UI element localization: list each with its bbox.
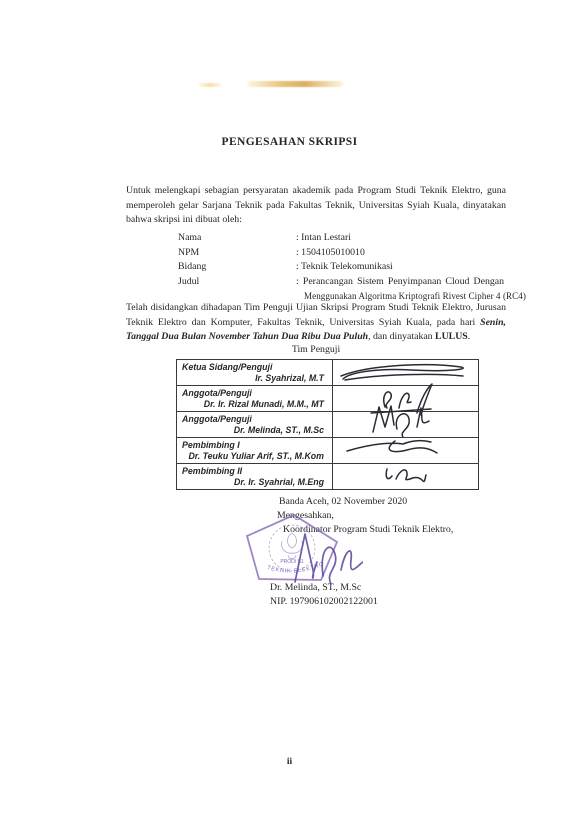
table-row: Ketua Sidang/Penguji Ir. Syahrizal, M.T bbox=[177, 360, 479, 386]
signature-cell bbox=[333, 386, 479, 412]
examiner-role: Pembimbing I bbox=[177, 438, 332, 451]
table-row: Anggota/Penguji Dr. Melinda, ST., M.Sc bbox=[177, 412, 479, 438]
field-label: Judul bbox=[178, 275, 296, 304]
defense-result: LULUS bbox=[435, 331, 468, 342]
field-label: Bidang bbox=[178, 260, 296, 275]
examiner-name: Dr. Ir. Rizal Munadi, M.M., MT bbox=[177, 399, 332, 411]
signature-cell bbox=[333, 438, 479, 464]
field-row-nama: Nama : Intan Lestari bbox=[178, 231, 506, 246]
document-page: PENGESAHAN SKRIPSI Untuk melengkapi seba… bbox=[0, 0, 579, 819]
table-row: Pembimbing I Dr. Teuku Yuliar Arif, ST.,… bbox=[177, 438, 479, 464]
field-label: Nama bbox=[178, 231, 296, 246]
examiner-role: Anggota/Penguji bbox=[177, 412, 332, 425]
table-row: Pembimbing II Dr. Ir. Syahrial, M.Eng bbox=[177, 464, 479, 490]
signature-4-scribble-icon bbox=[333, 438, 478, 462]
examiner-cell: Pembimbing II Dr. Ir. Syahrial, M.Eng bbox=[177, 464, 333, 490]
examiner-cell: Anggota/Penguji Dr. Ir. Rizal Munadi, M.… bbox=[177, 386, 333, 412]
defense-text: . bbox=[468, 331, 470, 342]
signature-cell bbox=[333, 464, 479, 490]
field-label: NPM bbox=[178, 246, 296, 261]
signature-cell bbox=[333, 360, 479, 386]
examiner-role: Pembimbing II bbox=[177, 464, 332, 477]
field-row-npm: NPM : 1504105010010 bbox=[178, 246, 506, 261]
defense-text: , dan dinyatakan bbox=[368, 331, 435, 342]
signature-5-scribble-icon bbox=[333, 464, 478, 488]
signature-cell bbox=[333, 412, 479, 438]
page-title: PENGESAHAN SKRIPSI bbox=[0, 136, 579, 148]
examiner-cell: Ketua Sidang/Penguji Ir. Syahrizal, M.T bbox=[177, 360, 333, 386]
examiner-role: Anggota/Penguji bbox=[177, 386, 332, 399]
signature-2-scribble-icon bbox=[333, 386, 478, 410]
table-row: Anggota/Penguji Dr. Ir. Rizal Munadi, M.… bbox=[177, 386, 479, 412]
field-value: : Intan Lestari bbox=[296, 231, 504, 246]
committee-table: Ketua Sidang/Penguji Ir. Syahrizal, M.T … bbox=[176, 359, 479, 490]
highlight-smudge-small bbox=[198, 83, 222, 87]
examiner-name: Ir. Syahrizal, M.T bbox=[177, 373, 332, 385]
examiner-name: Dr. Melinda, ST., M.Sc bbox=[177, 425, 332, 437]
examiner-cell: Anggota/Penguji Dr. Melinda, ST., M.Sc bbox=[177, 412, 333, 438]
defense-paragraph: Telah disidangkan dihadapan Tim Penguji … bbox=[126, 301, 506, 345]
highlight-smudge bbox=[247, 81, 343, 87]
intro-paragraph: Untuk melengkapi sebagian persyaratan ak… bbox=[126, 184, 506, 228]
committee-heading: Tim Penguji bbox=[126, 344, 506, 355]
judul-line-1: : Perancangan Sistem Penyimpanan Cloud D… bbox=[296, 275, 504, 290]
field-value: : 1504105010010 bbox=[296, 246, 504, 261]
examiner-role: Ketua Sidang/Penguji bbox=[177, 360, 332, 373]
student-fields: Nama : Intan Lestari NPM : 1504105010010… bbox=[178, 231, 506, 304]
place-date-line: Banda Aceh, 02 November 2020 bbox=[279, 495, 407, 509]
coordinator-signature-scribble-icon bbox=[283, 526, 363, 590]
signature-3-scribble-icon bbox=[333, 412, 478, 436]
examiner-name: Dr. Teuku Yuliar Arif, ST., M.Kom bbox=[177, 451, 332, 463]
defense-text: Telah disidangkan dihadapan Tim Penguji … bbox=[126, 302, 506, 328]
field-row-bidang: Bidang : Teknik Telekomunikasi bbox=[178, 260, 506, 275]
signer-nip: NIP. 197906102002122001 bbox=[270, 595, 378, 609]
signature-1-scribble-icon bbox=[333, 360, 478, 384]
examiner-name: Dr. Ir. Syahrial, M.Eng bbox=[177, 477, 332, 489]
field-value: : Perancangan Sistem Penyimpanan Cloud D… bbox=[296, 275, 504, 304]
page-number: ii bbox=[0, 757, 579, 767]
examiner-cell: Pembimbing I Dr. Teuku Yuliar Arif, ST.,… bbox=[177, 438, 333, 464]
field-row-judul: Judul : Perancangan Sistem Penyimpanan C… bbox=[178, 275, 506, 304]
field-value: : Teknik Telekomunikasi bbox=[296, 260, 504, 275]
